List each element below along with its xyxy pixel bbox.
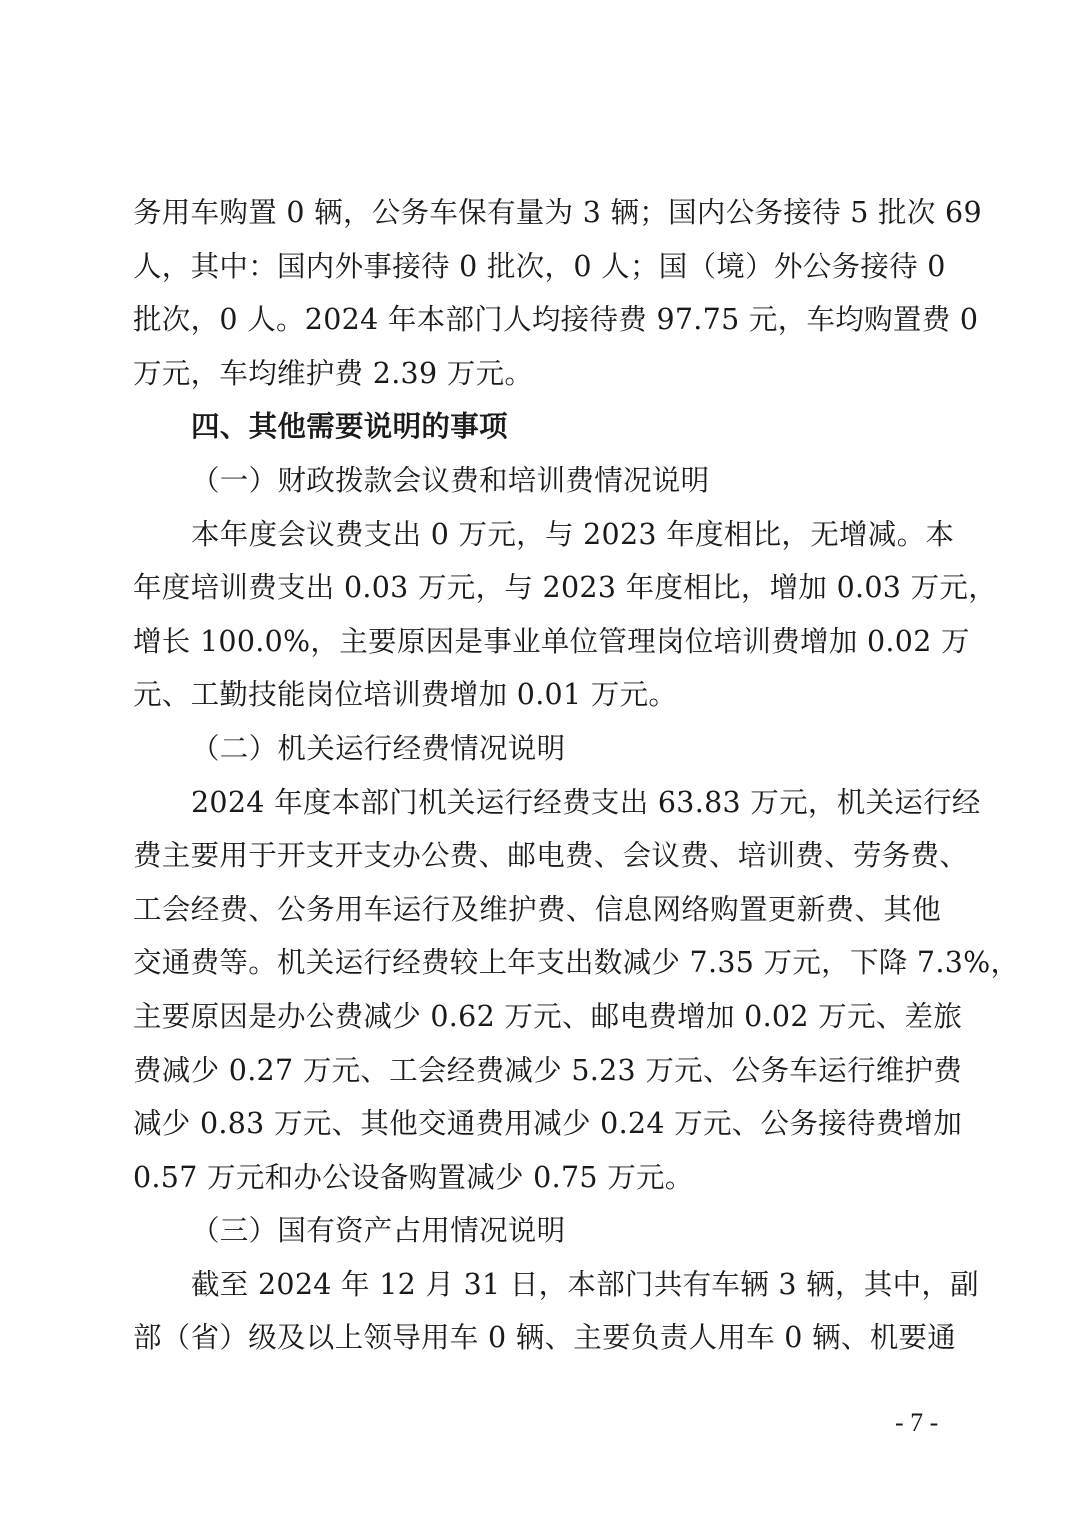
paragraph-line: 费减少 0.27 万元、工会经费减少 5.23 万元、公务车运行维护费	[133, 1044, 941, 1098]
paragraph-line: 交通费等。机关运行经费较上年支出数减少 7.35 万元，下降 7.3%，	[133, 936, 941, 990]
paragraph-line: 工会经费、公务用车运行及维护费、信息网络购置更新费、其他	[133, 883, 941, 937]
paragraph-line: 务用车购置 0 辆，公务车保有量为 3 辆；国内公务接待 5 批次 69	[133, 186, 941, 240]
section-heading: 四、其他需要说明的事项	[133, 400, 941, 454]
paragraph-line: 元、工勤技能岗位培训费增加 0.01 万元。	[133, 668, 941, 722]
subsection-heading: （二）机关运行经费情况说明	[133, 722, 941, 776]
subsection-heading: （一）财政拨款会议费和培训费情况说明	[133, 454, 941, 508]
paragraph-line: 本年度会议费支出 0 万元，与 2023 年度相比，无增减。本	[133, 508, 941, 562]
paragraph-line: 增长 100.0%，主要原因是事业单位管理岗位培训费增加 0.02 万	[133, 615, 941, 669]
document-page: 务用车购置 0 辆，公务车保有量为 3 辆；国内公务接待 5 批次 69 人，其…	[133, 186, 941, 1365]
paragraph-line: 2024 年度本部门机关运行经费支出 63.83 万元，机关运行经	[133, 776, 941, 830]
paragraph-line: 0.57 万元和办公设备购置减少 0.75 万元。	[133, 1151, 941, 1205]
paragraph-line: 减少 0.83 万元、其他交通费用减少 0.24 万元、公务接待费增加	[133, 1097, 941, 1151]
paragraph-line: 部（省）级及以上领导用车 0 辆、主要负责人用车 0 辆、机要通	[133, 1311, 941, 1365]
paragraph-line: 费主要用于开支开支办公费、邮电费、会议费、培训费、劳务费、	[133, 829, 941, 883]
page-number: - 7 -	[895, 1408, 938, 1438]
paragraph-line: 截至 2024 年 12 月 31 日，本部门共有车辆 3 辆，其中，副	[133, 1258, 941, 1312]
paragraph-line: 批次，0 人。2024 年本部门人均接待费 97.75 元，车均购置费 0	[133, 293, 941, 347]
paragraph-line: 年度培训费支出 0.03 万元，与 2023 年度相比，增加 0.03 万元，	[133, 561, 941, 615]
paragraph-line: 人，其中：国内外事接待 0 批次，0 人；国（境）外公务接待 0	[133, 240, 941, 294]
subsection-heading: （三）国有资产占用情况说明	[133, 1204, 941, 1258]
paragraph-line: 主要原因是办公费减少 0.62 万元、邮电费增加 0.02 万元、差旅	[133, 990, 941, 1044]
paragraph-line: 万元，车均维护费 2.39 万元。	[133, 347, 941, 401]
